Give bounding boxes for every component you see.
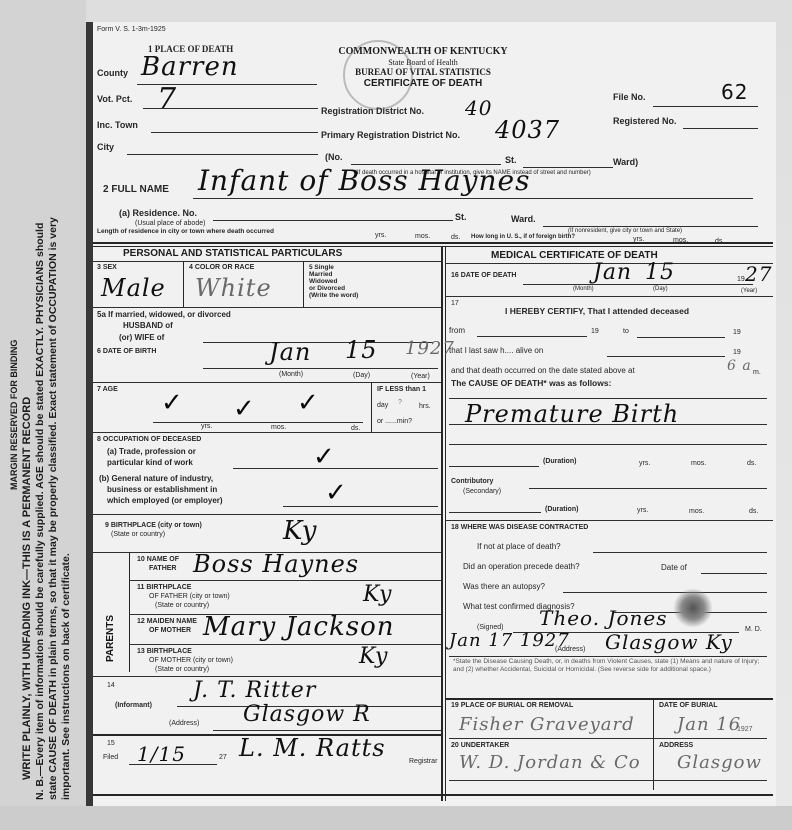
medical-title: MEDICAL CERTIFICATE OF DEATH (491, 250, 658, 261)
cause-line-1 (449, 398, 767, 399)
less-day-label: day (377, 402, 388, 409)
no-label: (No. (325, 152, 343, 162)
date-of-death-label: 16 DATE OF DEATH (451, 272, 516, 279)
dod-year-caption: (Year) (741, 288, 757, 294)
industry-label-3: which employed (or employer) (107, 496, 223, 505)
age-label: 7 AGE (97, 386, 118, 393)
occupation-row-line (93, 514, 441, 515)
spouse-label-1: 5a If married, widowed, or divorced (97, 310, 231, 319)
father-name-line (129, 580, 441, 581)
father-bp-label-1: 11 BIRTHPLACE (137, 584, 191, 591)
date-of-death-line (523, 284, 753, 285)
age-divider (371, 382, 372, 432)
burial-divider (653, 700, 654, 790)
burial-year: 1927 (737, 726, 753, 733)
sex-divider (183, 261, 184, 307)
mother-bp-label-3: (State or country) (155, 666, 209, 673)
age-yrs-label: yrs. (201, 423, 212, 430)
operation-label: Did an operation precede death? (463, 562, 580, 571)
filed-line (129, 764, 217, 765)
personal-title: PERSONAL AND STATISTICAL PARTICULARS (123, 248, 342, 259)
form-number: Form V. S. 1-3m-1925 (97, 26, 166, 33)
parents-label: PARENTS (105, 615, 116, 662)
cause-line-2 (449, 424, 767, 425)
less-value: ? (398, 399, 402, 406)
parents-divider (129, 552, 130, 672)
dob-month-caption: (Month) (279, 371, 303, 378)
margin-write-plainly: WRITE PLAINLY, WITH UNFADING INK—THIS IS… (21, 20, 34, 820)
sex-row-line (93, 307, 441, 308)
ink-blot (673, 588, 713, 628)
binding-margin: MARGIN RESERVED FOR BINDING WRITE PLAINL… (0, 0, 86, 830)
length-mos: mos. (415, 233, 430, 240)
certify-text: I HEREBY CERTIFY, That I attended deceas… (505, 306, 689, 316)
industry-label-2: business or establishment in (107, 485, 217, 494)
vot-pct-label: Vot. Pct. (97, 94, 132, 104)
dod-month-caption: (Month) (573, 286, 594, 292)
trade-label-1: (a) Trade, profession or (107, 447, 196, 456)
spouse-label-2: HUSBAND of (123, 321, 173, 330)
duration-yrs-2: yrs. (637, 507, 648, 514)
date-of-line (701, 573, 767, 574)
full-name-label: 2 FULL NAME (103, 184, 169, 195)
section-divider-2 (93, 246, 773, 247)
age-mos-check-icon: ✓ (233, 394, 255, 424)
length-ds: ds. (451, 234, 460, 241)
autopsy-label: Was there an autopsy? (463, 582, 545, 591)
age-mos-label: mos. (271, 424, 286, 431)
residence-ward-line (543, 226, 758, 227)
informant-label: (Informant) (115, 702, 152, 709)
mother-name-label-1: 12 MAIDEN NAME (137, 618, 197, 625)
residence-line (213, 220, 453, 221)
inc-town-label: Inc. Town (97, 120, 138, 130)
undertaker-value: W. D. Jordan & Co (459, 752, 641, 773)
burial-place-value: Fisher Graveyard (459, 714, 635, 735)
file-no-line (653, 106, 758, 107)
us-label: How long in U. S., if of foreign birth? (471, 234, 575, 240)
industry-check-icon: ✓ (325, 478, 347, 508)
age-row-line (93, 432, 441, 433)
father-name-label-1: 10 NAME OF (137, 556, 179, 563)
sign-date: Jan 17 1927 (449, 630, 570, 651)
burial-row-line (449, 738, 767, 739)
residence-label: (a) Residence. No. (119, 208, 197, 218)
burial-place-label: 19 PLACE OF BURIAL OR REMOVAL (451, 702, 573, 709)
dod-day-caption: (Day) (653, 286, 668, 292)
full-name-value: Infant of Boss Haynes (198, 164, 530, 197)
county-label: County (97, 68, 128, 78)
cause-line-3 (449, 444, 767, 445)
filed-year: 27 (219, 754, 227, 761)
section-divider (93, 242, 773, 244)
sex-value: Male (101, 274, 166, 302)
last-saw-19: 19 (733, 349, 741, 356)
certificate-paper: Form V. S. 1-3m-1925 1 PLACE OF DEATH CO… (86, 22, 776, 807)
residence-st-label: St. (455, 212, 467, 222)
duration-ds-2: ds. (749, 508, 758, 515)
signed-value: Theo. Jones (539, 606, 668, 630)
residence-ward-label: Ward. (511, 214, 536, 224)
informant-address-line (213, 730, 441, 731)
city-line (127, 154, 318, 155)
date-of-death-month: Jan (593, 260, 632, 285)
nonresident-note: (If nonresident, give city or town and S… (568, 228, 682, 234)
margin-note-1: N. B.—Every item of information should b… (34, 20, 47, 820)
trade-line (233, 468, 438, 469)
undertaker-address-label: ADDRESS (659, 742, 693, 749)
age-line (153, 422, 363, 423)
burial-date-value: Jan 16 (677, 714, 741, 735)
father-bp-label-2: OF FATHER (city or town) (149, 593, 230, 600)
vot-pct-line (143, 108, 318, 109)
duration-label-2: (Duration) (545, 506, 578, 513)
undertaker-row-line (449, 780, 767, 781)
dob-label: 6 DATE OF BIRTH (97, 348, 156, 355)
dob-row-line (93, 382, 441, 383)
time-value: 6 a (727, 358, 752, 374)
trade-label-2: particular kind of work (107, 458, 193, 467)
date-of-label: Date of (661, 563, 687, 572)
m-label: m. (753, 369, 761, 376)
primary-reg-value: 4037 (495, 116, 560, 144)
doctor-address-label: (Address) (555, 646, 585, 653)
reg-district-label: Registration District No. (321, 106, 424, 116)
from-label: from (449, 326, 465, 335)
birthplace-label: 9 BIRTHPLACE (city or town) (105, 522, 202, 529)
filed-label: Filed (103, 754, 118, 761)
autopsy-line (563, 592, 767, 593)
father-name-value: Boss Haynes (193, 550, 359, 578)
registered-no-line (683, 128, 758, 129)
father-bp-value: Ky (363, 582, 392, 607)
duration-label: (Duration) (543, 458, 576, 465)
seal-stamp (343, 40, 413, 110)
county-value: Barren (141, 52, 239, 82)
bottom-border (93, 794, 773, 796)
scan-bottom-edge (0, 806, 792, 830)
spouse-line (203, 342, 433, 343)
undertaker-label: 20 UNDERTAKER (451, 742, 509, 749)
vot-pct-value: 7 (157, 82, 177, 117)
date-of-death-year: 27 (745, 262, 772, 286)
duration-line-2 (449, 512, 541, 513)
duration-mos-2: mos. (689, 508, 704, 515)
certify-number: 17 (451, 300, 459, 307)
contributory-label: Contributory (451, 478, 493, 485)
not-at-place-line (593, 552, 767, 553)
registrar-label: Registrar (409, 758, 437, 765)
not-at-place-label: If not at place of death? (477, 542, 561, 551)
dob-year-caption: (Year) (411, 373, 430, 380)
color-value: White (195, 274, 272, 302)
spouse-label-3: (or) WIFE of (119, 333, 164, 342)
full-name-line (193, 198, 753, 199)
registrar-value: L. M. Ratts (239, 734, 386, 762)
duration-yrs: yrs. (639, 460, 650, 467)
father-name-label-2: FATHER (149, 565, 176, 572)
informant-address-value: Glasgow R (243, 702, 371, 727)
less-hrs-label: hrs. (419, 403, 431, 410)
last-saw-label: that I last saw h.... alive on (449, 346, 543, 355)
to-19: 19 (733, 329, 741, 336)
burial-date-label: DATE OF BURIAL (659, 702, 718, 709)
contracted-label: 18 WHERE WAS DISEASE CONTRACTED (451, 524, 588, 531)
secondary-label: (Secondary) (463, 488, 501, 495)
cause-row-line (445, 520, 773, 521)
informant-address-label: (Address) (169, 720, 199, 727)
primary-reg-label: Primary Registration District No. (321, 130, 460, 140)
length-residence-label: Length of residence in city or town wher… (97, 228, 274, 235)
dob-month: Jan (269, 338, 311, 366)
registered-no-label: Registered No. (613, 116, 677, 126)
filed-value: 1/15 (137, 742, 186, 766)
inc-town-line (151, 132, 318, 133)
undertaker-address-value: Glasgow (677, 752, 762, 773)
sex-label: 3 SEX (97, 264, 117, 271)
color-label: 4 COLOR OR RACE (189, 264, 254, 271)
st-line (523, 167, 613, 168)
mother-bp-line (93, 676, 441, 677)
age-ds-label: ds. (351, 425, 360, 432)
color-divider (303, 261, 304, 307)
margin-reserved: MARGIN RESERVED FOR BINDING (8, 20, 21, 820)
last-saw-line (607, 356, 725, 357)
ward-label: Ward) (613, 157, 638, 167)
less-min-label: or ......min? (377, 418, 412, 425)
md-label: M. D. (745, 626, 762, 633)
city-label: City (97, 142, 114, 152)
file-no-value: 62 (721, 80, 748, 104)
from-line (477, 336, 587, 337)
marital-label: 5 Single Married Widowed or Divorced (Wr… (309, 264, 358, 299)
mother-name-value: Mary Jackson (203, 612, 395, 642)
mother-bp-label-2: OF MOTHER (city or town) (149, 657, 233, 664)
filed-number: 15 (107, 740, 115, 747)
birthplace-value: Ky (283, 516, 317, 546)
mother-bp-label-1: 13 BIRTHPLACE (137, 648, 192, 655)
usual-place-note: (Usual place of abode) (135, 220, 205, 227)
reg-district-value: 40 (465, 96, 492, 120)
to-label: to (623, 328, 629, 335)
dob-day-caption: (Day) (353, 372, 370, 379)
center-divider-2 (445, 246, 446, 801)
date-of-death-day: 15 (645, 260, 675, 285)
age-ds-check-icon: ✓ (297, 388, 319, 418)
father-bp-label-3: (State or country) (155, 602, 209, 609)
cause-label: The CAUSE OF DEATH* was as follows: (451, 378, 611, 388)
dob-line (203, 368, 438, 369)
less-than-label: IF LESS than 1 (377, 386, 426, 393)
informant-number: 14 (107, 682, 115, 689)
mother-bp-value: Ky (359, 644, 388, 669)
contributory-line (529, 488, 767, 489)
to-line (637, 337, 725, 338)
dob-day: 15 (345, 336, 378, 364)
margin-instructions: MARGIN RESERVED FOR BINDING WRITE PLAINL… (8, 20, 73, 820)
margin-note-2: state CAUSE OF DEATH in plain terms, so … (47, 20, 60, 820)
duration-ds: ds. (747, 460, 756, 467)
file-no-label: File No. (613, 92, 646, 102)
industry-line (283, 506, 438, 507)
duration-mos: mos. (691, 460, 706, 467)
informant-value: J. T. Ritter (193, 678, 316, 703)
margin-note-3: important. See instructions on back of c… (60, 20, 73, 820)
mother-name-label-2: OF MOTHER (149, 627, 191, 634)
industry-label-1: (b) General nature of industry, (99, 474, 213, 483)
dob-year: 1927 (405, 338, 455, 359)
date-year-prefix: 19 (737, 276, 745, 283)
birthplace-sub: (State or country) (111, 531, 165, 538)
center-divider (441, 246, 443, 801)
personal-title-line (93, 261, 441, 262)
cause-footnote: *State the Disease Causing Death, or, in… (453, 658, 763, 674)
age-yrs-check-icon: ✓ (161, 388, 183, 418)
doctor-address-line (449, 656, 767, 657)
doctor-address-value: Glasgow Ky (605, 630, 733, 654)
dod-row-line (445, 296, 773, 297)
from-19: 19 (591, 328, 599, 335)
duration-line (449, 466, 539, 467)
length-yrs: yrs. (375, 232, 386, 239)
occurred-label: and that death occurred on the date stat… (451, 366, 635, 375)
occupation-label: 8 OCCUPATION OF DECEASED (97, 436, 201, 443)
mother-name-line (129, 644, 441, 645)
footnote-row-line (445, 698, 773, 700)
